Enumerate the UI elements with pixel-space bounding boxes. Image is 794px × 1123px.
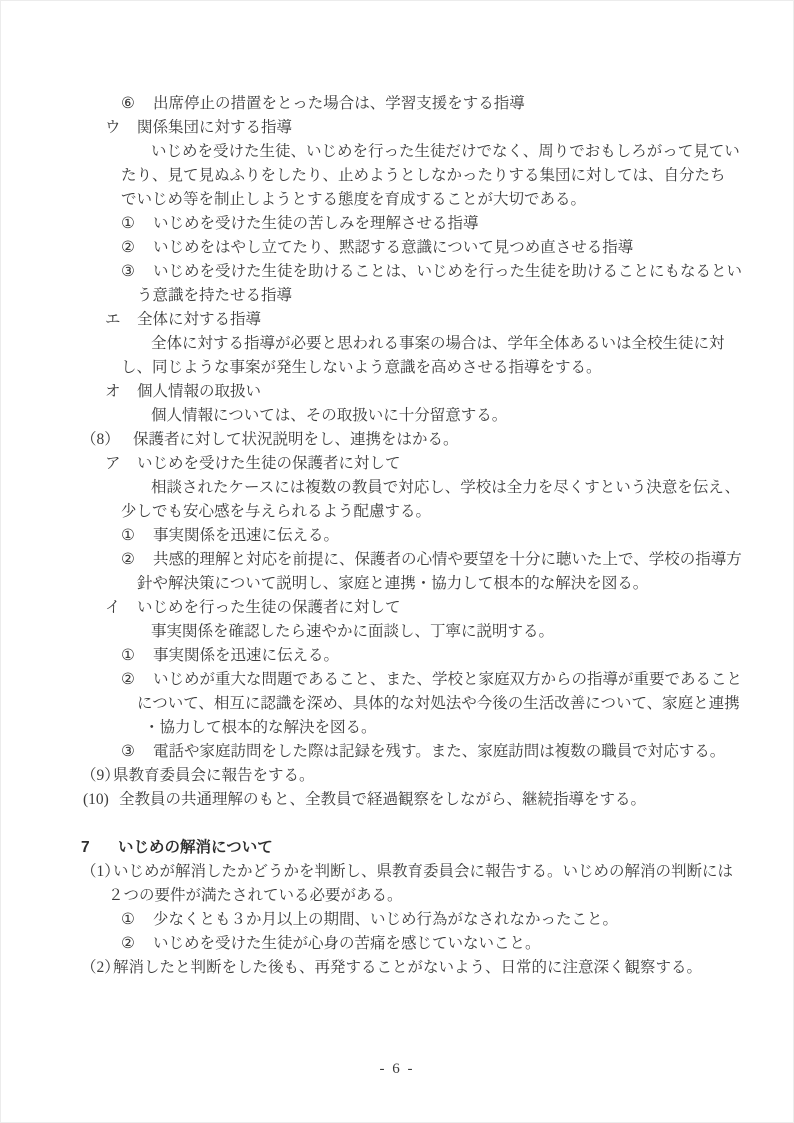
line-text: 少しでも安心感を与えられるよう配慮する。 [121,500,431,524]
line-text: 事実関係を迅速に伝える。 [153,644,339,668]
line-text: 全体に対する指導 [137,308,261,332]
line-text: 個人情報については、その取扱いに十分留意する。 [151,404,507,428]
line-text: う意識を持たせる指導 [137,284,292,308]
document-line: （9）県教育委員会に報告をする。 [1,764,793,788]
document-line: 個人情報については、その取扱いに十分留意する。 [1,404,793,428]
document-line: し、同じような事案が発生しないよう意識を高めさせる指導をする。 [1,356,793,380]
list-marker: イ [105,596,121,620]
line-text: 事実関係を確認したら速やかに面談し、丁寧に説明する。 [151,620,554,644]
document-line: ③いじめを受けた生徒を助けることは、いじめを行った生徒を助けることにもなるとい [1,260,793,284]
list-marker: ② [121,932,135,956]
line-text: 電話や家庭訪問をした際は記録を残す。また、家庭訪問は複数の職員で対応する。 [153,740,725,764]
document-line: 事実関係を確認したら速やかに面談し、丁寧に説明する。 [1,620,793,644]
document-line: について、相互に認識を深め、具体的な対処法や今後の生活改善について、家庭と連携 [1,692,793,716]
document-line: ①事実関係を迅速に伝える。 [1,644,793,668]
line-text: いじめが重大な問題であること、また、学校と家庭双方からの指導が重要であること [153,668,742,692]
list-marker: エ [105,308,121,332]
line-text: 少なくとも３か月以上の期間、いじめ行為がなされなかったこと。 [153,908,618,932]
line-text: 解消したと判断をした後も、再発することがないよう、日常的に注意深く観察する。 [113,956,702,980]
line-text: 事実関係を迅速に伝える。 [153,524,339,548]
list-marker: ① [121,524,135,548]
document-line: いじめを受けた生徒、いじめを行った生徒だけでなく、周りでおもしろがって見てい [1,140,793,164]
line-text: いじめの解消について [118,836,273,860]
line-text: ２つの要件が満たされている必要がある。 [108,884,403,908]
line-text: し、同じような事案が発生しないよう意識を高めさせる指導をする。 [121,356,602,380]
document-line: ⑥出席停止の措置をとった場合は、学習支援をする指導 [1,92,793,116]
document-line: （1）いじめが解消したかどうかを判断し、県教育委員会に報告する。いじめの解消の判… [1,860,793,884]
document-body: ⑥出席停止の措置をとった場合は、学習支援をする指導ウ関係集団に対する指導いじめを… [1,92,793,980]
document-line: ②いじめをはやし立てたり、黙認する意識について見つめ直させる指導 [1,236,793,260]
line-text: いじめをはやし立てたり、黙認する意識について見つめ直させる指導 [153,236,633,260]
list-marker: （8） [81,428,120,452]
document-line: 相談されたケースには複数の教員で対応し、学校は全力を尽くすという決意を伝え、 [1,476,793,500]
list-marker: (10) [83,788,109,812]
line-text: いじめを受けた生徒の保護者に対して [137,452,401,476]
line-text: 全体に対する指導が必要と思われる事案の場合は、学年全体あるいは全校生徒に対 [151,332,725,356]
document-page: ⑥出席停止の措置をとった場合は、学習支援をする指導ウ関係集団に対する指導いじめを… [0,0,794,1123]
line-text: 出席停止の措置をとった場合は、学習支援をする指導 [153,92,525,116]
line-text: 全教員の共通理解のもと、全教員で経過観察をしながら、継続指導をする。 [119,788,646,812]
document-line: アいじめを受けた生徒の保護者に対して [1,452,793,476]
list-marker: ア [105,452,121,476]
list-marker: ③ [121,260,135,284]
list-marker: ③ [121,740,135,764]
document-line: ②共感的理解と対応を前提に、保護者の心情や要望を十分に聴いた上で、学校の指導方 [1,548,793,572]
list-marker: ① [121,212,135,236]
list-marker: ② [121,236,135,260]
document-line: (10)全教員の共通理解のもと、全教員で経過観察をしながら、継続指導をする。 [1,788,793,812]
list-marker: オ [105,380,121,404]
line-text: について、相互に認識を深め、具体的な対処法や今後の生活改善について、家庭と連携 [137,692,740,716]
document-line: 少しでも安心感を与えられるよう配慮する。 [1,500,793,524]
document-line: ②いじめを受けた生徒が心身の苦痛を感じていないこと。 [1,932,793,956]
document-line: オ個人情報の取扱い [1,380,793,404]
document-line: 全体に対する指導が必要と思われる事案の場合は、学年全体あるいは全校生徒に対 [1,332,793,356]
document-line: （8）保護者に対して状況説明をし、連携をはかる。 [1,428,793,452]
line-text: 県教育委員会に報告をする。 [113,764,315,788]
line-text: 保護者に対して状況説明をし、連携をはかる。 [133,428,459,452]
line-text: 相談されたケースには複数の教員で対応し、学校は全力を尽くすという決意を伝え、 [151,476,740,500]
page-number: - 6 - [1,1061,793,1078]
document-line: ２つの要件が満たされている必要がある。 [1,884,793,908]
document-line: ③電話や家庭訪問をした際は記録を残す。また、家庭訪問は複数の職員で対応する。 [1,740,793,764]
document-line: たり、見て見ぬふりをしたり、止めようとしなかったりする集団に対しては、自分たち [1,164,793,188]
line-text: 関係集団に対する指導 [137,116,292,140]
line-text: いじめを受けた生徒が心身の苦痛を感じていないこと。 [153,932,541,956]
list-marker: ① [121,644,135,668]
section-heading: 7いじめの解消について [1,836,793,860]
document-line: ①少なくとも３か月以上の期間、いじめ行為がなされなかったこと。 [1,908,793,932]
list-marker: ② [121,548,135,572]
line-text: でいじめ等を制止しようとする態度を育成することが大切である。 [121,188,586,212]
list-marker: ① [121,908,135,932]
line-text: 個人情報の取扱い [137,380,261,404]
document-line: ②いじめが重大な問題であること、また、学校と家庭双方からの指導が重要であること [1,668,793,692]
document-line: （2）解消したと判断をした後も、再発することがないよう、日常的に注意深く観察する… [1,956,793,980]
document-line: う意識を持たせる指導 [1,284,793,308]
line-text: 針や解決策について説明し、家庭と連携・協力して根本的な解決を図る。 [137,572,648,596]
document-line: イいじめを行った生徒の保護者に対して [1,596,793,620]
list-marker: ② [121,668,135,692]
line-text: いじめを行った生徒の保護者に対して [137,596,401,620]
document-line: ①いじめを受けた生徒の苦しみを理解させる指導 [1,212,793,236]
line-text: たり、見て見ぬふりをしたり、止めようとしなかったりする集団に対しては、自分たち [121,164,726,188]
document-line: 針や解決策について説明し、家庭と連携・協力して根本的な解決を図る。 [1,572,793,596]
list-marker: ⑥ [121,92,135,116]
line-text: いじめを受けた生徒を助けることは、いじめを行った生徒を助けることにもなるとい [153,260,742,284]
line-text: いじめを受けた生徒の苦しみを理解させる指導 [153,212,479,236]
document-line: エ全体に対する指導 [1,308,793,332]
blank-line [1,812,793,836]
document-line: ①事実関係を迅速に伝える。 [1,524,793,548]
document-line: ウ関係集団に対する指導 [1,116,793,140]
list-marker: ウ [105,116,121,140]
document-line: でいじめ等を制止しようとする態度を育成することが大切である。 [1,188,793,212]
line-text: 共感的理解と対応を前提に、保護者の心情や要望を十分に聴いた上で、学校の指導方 [153,548,742,572]
line-text: いじめが解消したかどうかを判断し、県教育委員会に報告する。いじめの解消の判断には [113,860,733,884]
line-text: ・協力して根本的な解決を図る。 [144,716,377,740]
list-marker: 7 [81,836,90,860]
document-line: ・協力して根本的な解決を図る。 [1,716,793,740]
line-text: いじめを受けた生徒、いじめを行った生徒だけでなく、周りでおもしろがって見てい [151,140,740,164]
